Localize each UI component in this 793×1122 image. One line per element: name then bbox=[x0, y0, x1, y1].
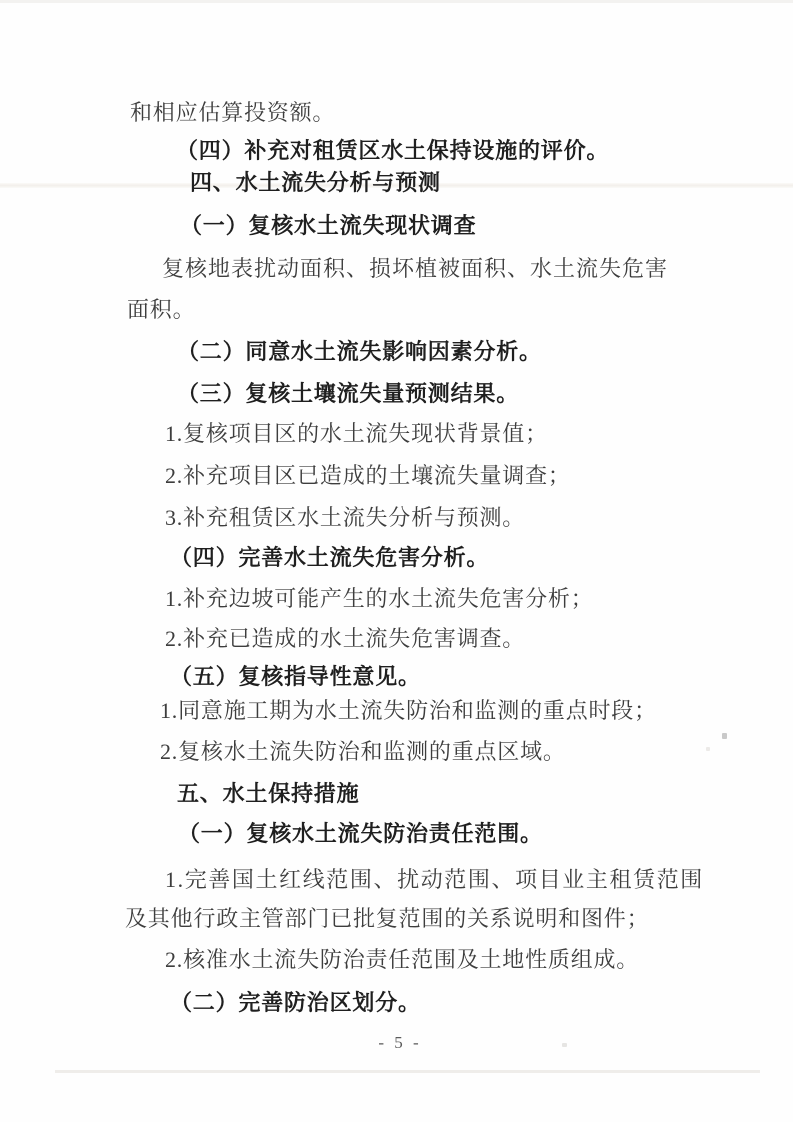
heading-line: 五、水土保持措施 bbox=[177, 777, 359, 808]
text-line: 及其他行政主管部门已批复范围的关系说明和图件； bbox=[125, 902, 649, 933]
scan-artifact-bottom-band bbox=[55, 1070, 760, 1073]
heading-line: （一）复核水土流失防治责任范围。 bbox=[178, 817, 543, 848]
scan-speck bbox=[722, 733, 727, 739]
heading-line: （二）完善防治区划分。 bbox=[170, 986, 421, 1017]
heading-line: （三）复核土壤流失量预测结果。 bbox=[177, 377, 519, 408]
page-number: - 5 - bbox=[340, 1033, 460, 1053]
text-line: 和相应估算投资额。 bbox=[130, 96, 335, 127]
scan-artifact-top-band bbox=[0, 0, 793, 3]
text-line: 1.复核项目区的水土流失现状背景值； bbox=[165, 417, 548, 448]
text-line: 1.同意施工期为水土流失防治和监测的重点时段； bbox=[160, 694, 657, 725]
document-page: 和相应估算投资额。 （四）补充对租赁区水土保持设施的评价。 四、水土流失分析与预… bbox=[0, 0, 793, 1122]
text-line: 面积。 bbox=[127, 293, 195, 324]
text-line: 1.补充边坡可能产生的水土流失危害分析； bbox=[165, 582, 594, 613]
text-line: 2.补充已造成的水土流失危害调查。 bbox=[165, 622, 525, 653]
heading-line: （一）复核水土流失现状调查 bbox=[180, 209, 476, 240]
heading-line: （五）复核指导性意见。 bbox=[170, 660, 421, 691]
scan-speck bbox=[562, 1043, 567, 1047]
heading-line: （四）补充对租赁区水土保持设施的评价。 bbox=[176, 134, 609, 165]
text-line: 复核地表扰动面积、损坏植被面积、水土流失危害 bbox=[162, 252, 668, 283]
heading-line: （四）完善水土流失危害分析。 bbox=[170, 541, 489, 572]
heading-line: （二）同意水土流失影响因素分析。 bbox=[177, 335, 542, 366]
text-line: 1.完善国土红线范围、扰动范围、项目业主租赁范围 bbox=[165, 863, 704, 894]
text-line: 2.核准水土流失防治责任范围及土地性质组成。 bbox=[165, 943, 639, 974]
text-line: 2.补充项目区已造成的土壤流失量调查； bbox=[165, 459, 571, 490]
text-line: 3.补充租赁区水土流失分析与预测。 bbox=[165, 501, 525, 532]
scan-speck bbox=[706, 747, 710, 751]
heading-line: 四、水土流失分析与预测 bbox=[190, 166, 441, 197]
text-line: 2.复核水土流失防治和监测的重点区域。 bbox=[160, 735, 566, 766]
